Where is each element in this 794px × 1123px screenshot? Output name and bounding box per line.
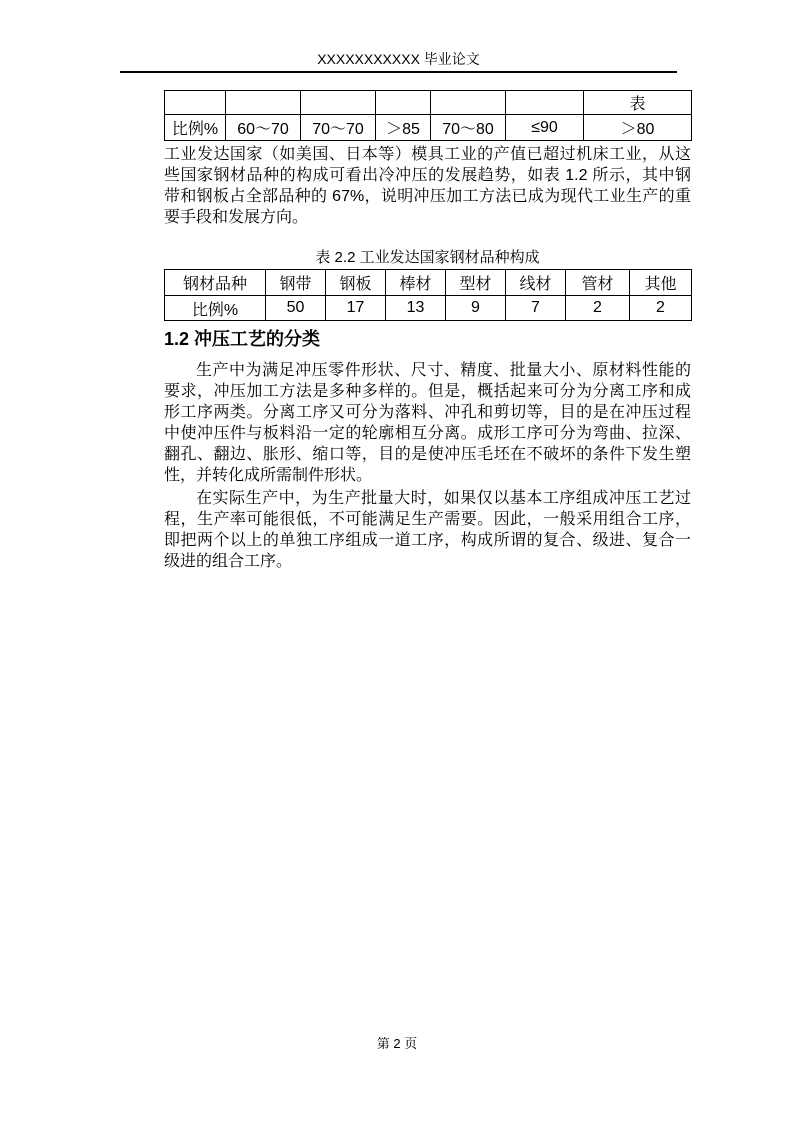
paragraph-industry-overview: 工业发达国家（如美国、日本等）模具工业的产值已超过机床工业，从这些国家钢材品种的… [164, 144, 691, 228]
table-cell [165, 91, 226, 115]
table-cell [301, 91, 376, 115]
table-cell: 9 [446, 296, 506, 321]
ratio-table-continued: 表 比例% 60～70 70～70 ＞85 70～80 ≤90 ＞80 [164, 90, 692, 141]
table-cell: 13 [386, 296, 446, 321]
table-cell: 管材 [566, 270, 630, 296]
table-cell: 表 [584, 91, 692, 115]
paragraph-combined-process: 在实际生产中，为生产批量大时，如果仅以基本工序组成冲压工艺过程，生产率可能很低，… [164, 488, 691, 572]
page-footer: 第 2 页 [0, 1036, 794, 1052]
table-cell: 70～70 [301, 115, 376, 141]
table-cell: 其他 [630, 270, 692, 296]
table-cell [226, 91, 301, 115]
steel-products-table: 钢材品种 钢带 钢板 棒材 型材 线材 管材 其他 比例% 50 17 13 9… [164, 269, 692, 321]
table-cell: 型材 [446, 270, 506, 296]
table-row: 比例% 50 17 13 9 7 2 2 [165, 296, 692, 321]
table-cell: 70～80 [431, 115, 506, 141]
document-page: XXXXXXXXXXX 毕业论文 表 比例% [0, 0, 794, 1123]
table-cell: ≤90 [506, 115, 584, 141]
table-cell: 比例% [165, 296, 266, 321]
table-cell: 2 [630, 296, 692, 321]
table-cell: 棒材 [386, 270, 446, 296]
table-cell: 线材 [506, 270, 566, 296]
table-header-row: 钢材品种 钢带 钢板 棒材 型材 线材 管材 其他 [165, 270, 692, 296]
table-cell: 17 [326, 296, 386, 321]
table-cell: 7 [506, 296, 566, 321]
table-cell: 钢材品种 [165, 270, 266, 296]
table-row: 表 [165, 91, 692, 115]
table-cell [431, 91, 506, 115]
table-cell: 2 [566, 296, 630, 321]
table-cell: 60～70 [226, 115, 301, 141]
table-cell: 钢板 [326, 270, 386, 296]
table-cell: 比例% [165, 115, 226, 141]
table-cell [376, 91, 431, 115]
table-row: 比例% 60～70 70～70 ＞85 70～80 ≤90 ＞80 [165, 115, 692, 141]
table-cell: ＞80 [584, 115, 692, 141]
table-cell: ＞85 [376, 115, 431, 141]
page-number: 第 2 页 [377, 1036, 417, 1051]
table-cell [506, 91, 584, 115]
table-2-2-caption: 表 2.2 工业发达国家钢材品种构成 [164, 248, 691, 268]
table-cell: 50 [266, 296, 326, 321]
section-heading-1-2: 1.2 冲压工艺的分类 [164, 328, 691, 351]
paragraph-process-classification: 生产中为满足冲压零件形状、尺寸、精度、批量大小、原材料性能的要求，冲压加工方法是… [164, 360, 691, 486]
table-cell: 钢带 [266, 270, 326, 296]
document-content: 表 比例% 60～70 70～70 ＞85 70～80 ≤90 ＞80 工业发达… [164, 0, 691, 572]
